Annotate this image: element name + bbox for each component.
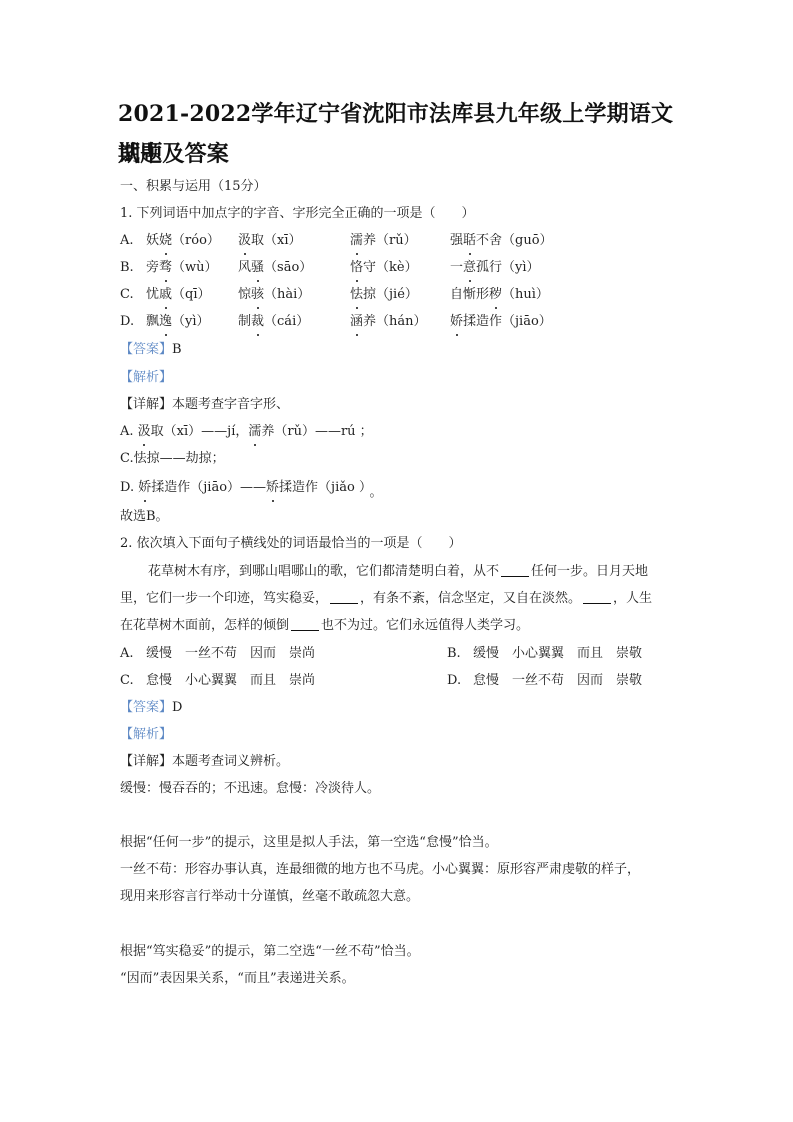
q2-passage-line3: 在花草树木面前，怎样的倾倒也不为过。它们永远值得人类学习。: [120, 616, 676, 636]
option-text: 缓慢 一丝不苟 因而 崇尚: [146, 646, 315, 661]
q2-answer: 【答案】D: [120, 698, 676, 718]
answer-label: 【答案】: [120, 342, 172, 357]
option-label: D.: [120, 312, 146, 332]
q2-option-c: C.怠慢 小心翼翼 而且 崇尚: [120, 673, 315, 688]
q2-passage-line1: 花草树木有序，到哪山唱哪山的歌，它们都清楚明白着，从不任何一步。日月天地: [148, 562, 704, 582]
dotted-char: 汲: [238, 231, 251, 251]
option-label: B.: [447, 644, 473, 664]
q2-option-a: A.缓慢 一丝不苟 因而 崇尚: [120, 646, 315, 661]
q2-explanation-line5: 根据“笃实稳妥”的提示，第二空选“一丝不苟”恰当。: [120, 942, 676, 962]
q2-options-row2: C.怠慢 小心翼翼 而且 崇尚 D.怠慢 一丝不苟 因而 崇敬: [120, 671, 676, 691]
q2-detail: 【详解】本题考查词义辨析。: [120, 752, 676, 772]
option-label: C.: [120, 671, 146, 691]
option-label: D.: [447, 671, 473, 691]
dotted-char: 戚: [159, 285, 172, 305]
passage-text: 任何一步。日月天地: [531, 564, 648, 579]
q1-explanation-c: C.怯掠——劫掠；: [120, 449, 676, 469]
option-text: 缓慢 小心翼翼 而且 崇敬: [473, 646, 642, 661]
option-word: 惊骇（hài）: [238, 285, 310, 305]
explanation-prefix: D.: [120, 480, 138, 495]
fill-blank: [583, 589, 611, 604]
dotted-char: 聒: [463, 231, 476, 251]
q1-option-a: A.妖娆（róo）汲取（xī）濡养（rǔ）强聒不舍（guō）: [120, 231, 676, 251]
option-word: 忧戚（qī）: [146, 285, 211, 305]
answer-value: B: [172, 342, 182, 357]
dotted-char: 怯: [350, 285, 363, 305]
dotted-char: 濡: [248, 422, 261, 442]
option-word: 娇揉造作（jiāo）: [450, 312, 552, 332]
passage-text: 在花草树木面前，怎样的倾倒: [120, 618, 289, 633]
q2-analysis-label: 【解析】: [120, 725, 676, 745]
document-page: 2021-2022学年辽宁省沈阳市法库县九年级上学期语文期中 试题及答案 一、积…: [0, 0, 793, 1122]
q1-analysis-label: 【解析】: [120, 368, 676, 388]
passage-text: 花草树木有序，到哪山唱哪山的歌，它们都清楚明白着，从不: [148, 564, 499, 579]
q1-option-b: B.旁骛（wù）风骚（sāo）恪守（kè）一意孤行（yì）: [120, 258, 676, 278]
passage-text: ，人生: [613, 591, 652, 606]
option-word: 旁骛（wù）: [146, 258, 218, 278]
q1-conclusion: 故选B。: [120, 507, 676, 527]
dotted-char: 逸: [159, 312, 172, 332]
dotted-char: 娇: [450, 312, 463, 332]
option-label: C.: [120, 285, 146, 305]
answer-value: D: [172, 700, 182, 715]
q2-explanation-line2: 根据“任何一步”的提示，这里是拟人手法，第一空选“怠慢”恰当。: [120, 833, 676, 853]
dotted-char: 骛: [159, 258, 172, 278]
q1-explanation-a: A. 汲取（xī）——jí，濡养（rǔ）——rú ；: [120, 422, 676, 442]
q2-passage-line2: 里，它们一步一个印迹，笃实稳妥，，有条不紊，信念坚定，又自在淡然。，人生: [120, 589, 676, 609]
q2-options-row1: A.缓慢 一丝不苟 因而 崇尚 B.缓慢 小心翼翼 而且 崇敬: [120, 644, 676, 664]
explanation-prefix: A.: [120, 424, 138, 439]
detail-label: 【详解】: [120, 754, 172, 769]
dotted-char: 涵: [350, 312, 363, 332]
option-word: 濡养（rǔ）: [350, 231, 417, 251]
passage-text: 也不为过。它们永远值得人类学习。: [321, 618, 529, 633]
detail-text: 本题考查词义辨析。: [172, 754, 289, 769]
passage-text: 里，它们一步一个印迹，笃实稳妥，: [120, 591, 328, 606]
detail-label: 【详解】: [120, 397, 172, 412]
fill-blank: [291, 616, 319, 631]
option-word: 一意孤行（yì）: [450, 258, 540, 278]
q1-explanation-d: D. 娇揉造作（jiāo）——矫揉造作（jiǎo ）。: [120, 478, 676, 498]
q2-explanation-line4: 现用来形容言行举动十分谨慎，丝毫不敢疏忽大意。: [120, 887, 676, 907]
option-word: 恪守（kè）: [350, 258, 418, 278]
section-heading: 一、积累与运用（15分）: [120, 177, 676, 197]
option-word: 汲取（xī）: [238, 231, 302, 251]
dotted-char: 娆: [159, 231, 172, 251]
fill-blank: [501, 562, 529, 577]
option-word: 怯掠（jié）: [350, 285, 418, 305]
option-word: 制裁（cái）: [238, 312, 309, 332]
dotted-char: 骇: [251, 285, 264, 305]
option-label: B.: [120, 258, 146, 278]
question-2-stem: 2. 依次填入下面句子横线处的词语最恰当的一项是（ ）: [120, 534, 676, 554]
dotted-char: 裁: [251, 312, 264, 332]
dotted-char: 汲: [138, 422, 151, 442]
option-word: 强聒不舍（guō）: [450, 231, 553, 251]
explanation-text: 养（rǔ）——rú ；: [261, 424, 372, 439]
dotted-char: 骚: [251, 258, 264, 278]
fill-blank: [330, 589, 358, 604]
q1-detail: 【详解】本题考查字音字形、: [120, 395, 676, 415]
explanation-text: 揉造作（jiāo）——: [151, 480, 266, 495]
answer-label: 【答案】: [120, 700, 172, 715]
explanation-text: 揉造作（jiǎo ）: [279, 480, 365, 495]
dotted-char: 意: [463, 258, 476, 278]
option-text: 怠慢 小心翼翼 而且 崇尚: [146, 673, 315, 688]
q2-explanation-line6: “因而”表因果关系，“而且”表递进关系。: [120, 969, 676, 989]
q2-option-d: D.怠慢 一丝不苟 因而 崇敬: [447, 671, 642, 691]
option-word: 飘逸（yì）: [146, 312, 210, 332]
option-word: 涵养（hán）: [350, 312, 427, 332]
q1-option-d: D.飘逸（yì）制裁（cái）涵养（hán）娇揉造作（jiāo）: [120, 312, 676, 332]
q1-answer: 【答案】B: [120, 340, 676, 360]
option-word: 妖娆（róo）: [146, 231, 220, 251]
period: 。: [369, 485, 382, 500]
q2-explanation-line1: 缓慢：慢吞吞的；不迅速。怠慢：冷淡待人。: [120, 779, 676, 799]
option-label: A.: [120, 644, 146, 664]
passage-text: ，有条不紊，信念坚定，又自在淡然。: [360, 591, 581, 606]
detail-text: 本题考查字音字形、: [172, 397, 289, 412]
option-label: A.: [120, 231, 146, 251]
dotted-char: 矫: [266, 478, 279, 498]
dotted-char: 秽: [489, 285, 502, 305]
q1-option-c: C.忧戚（qī）惊骇（hài）怯掠（jié）自惭形秽（huì）: [120, 285, 676, 305]
dotted-char: 娇: [138, 478, 151, 498]
dotted-char: 恪: [350, 258, 363, 278]
q2-option-b: B.缓慢 小心翼翼 而且 崇敬: [447, 644, 642, 664]
document-title-line2: 试题及答案: [118, 134, 688, 174]
question-1-stem: 1. 下列词语中加点字的字音、字形完全正确的一项是（ ）: [120, 204, 676, 224]
option-text: 怠慢 一丝不苟 因而 崇敬: [473, 673, 642, 688]
option-word: 自惭形秽（huì）: [450, 285, 549, 305]
option-word: 风骚（sāo）: [238, 258, 312, 278]
explanation-text: 取（xī）——jí，: [151, 424, 249, 439]
dotted-char: 濡: [350, 231, 363, 251]
q2-explanation-line3: 一丝不苟：形容办事认真，连最细微的地方也不马虎。小心翼翼：原形容严肃虔敬的样子，: [120, 860, 676, 880]
